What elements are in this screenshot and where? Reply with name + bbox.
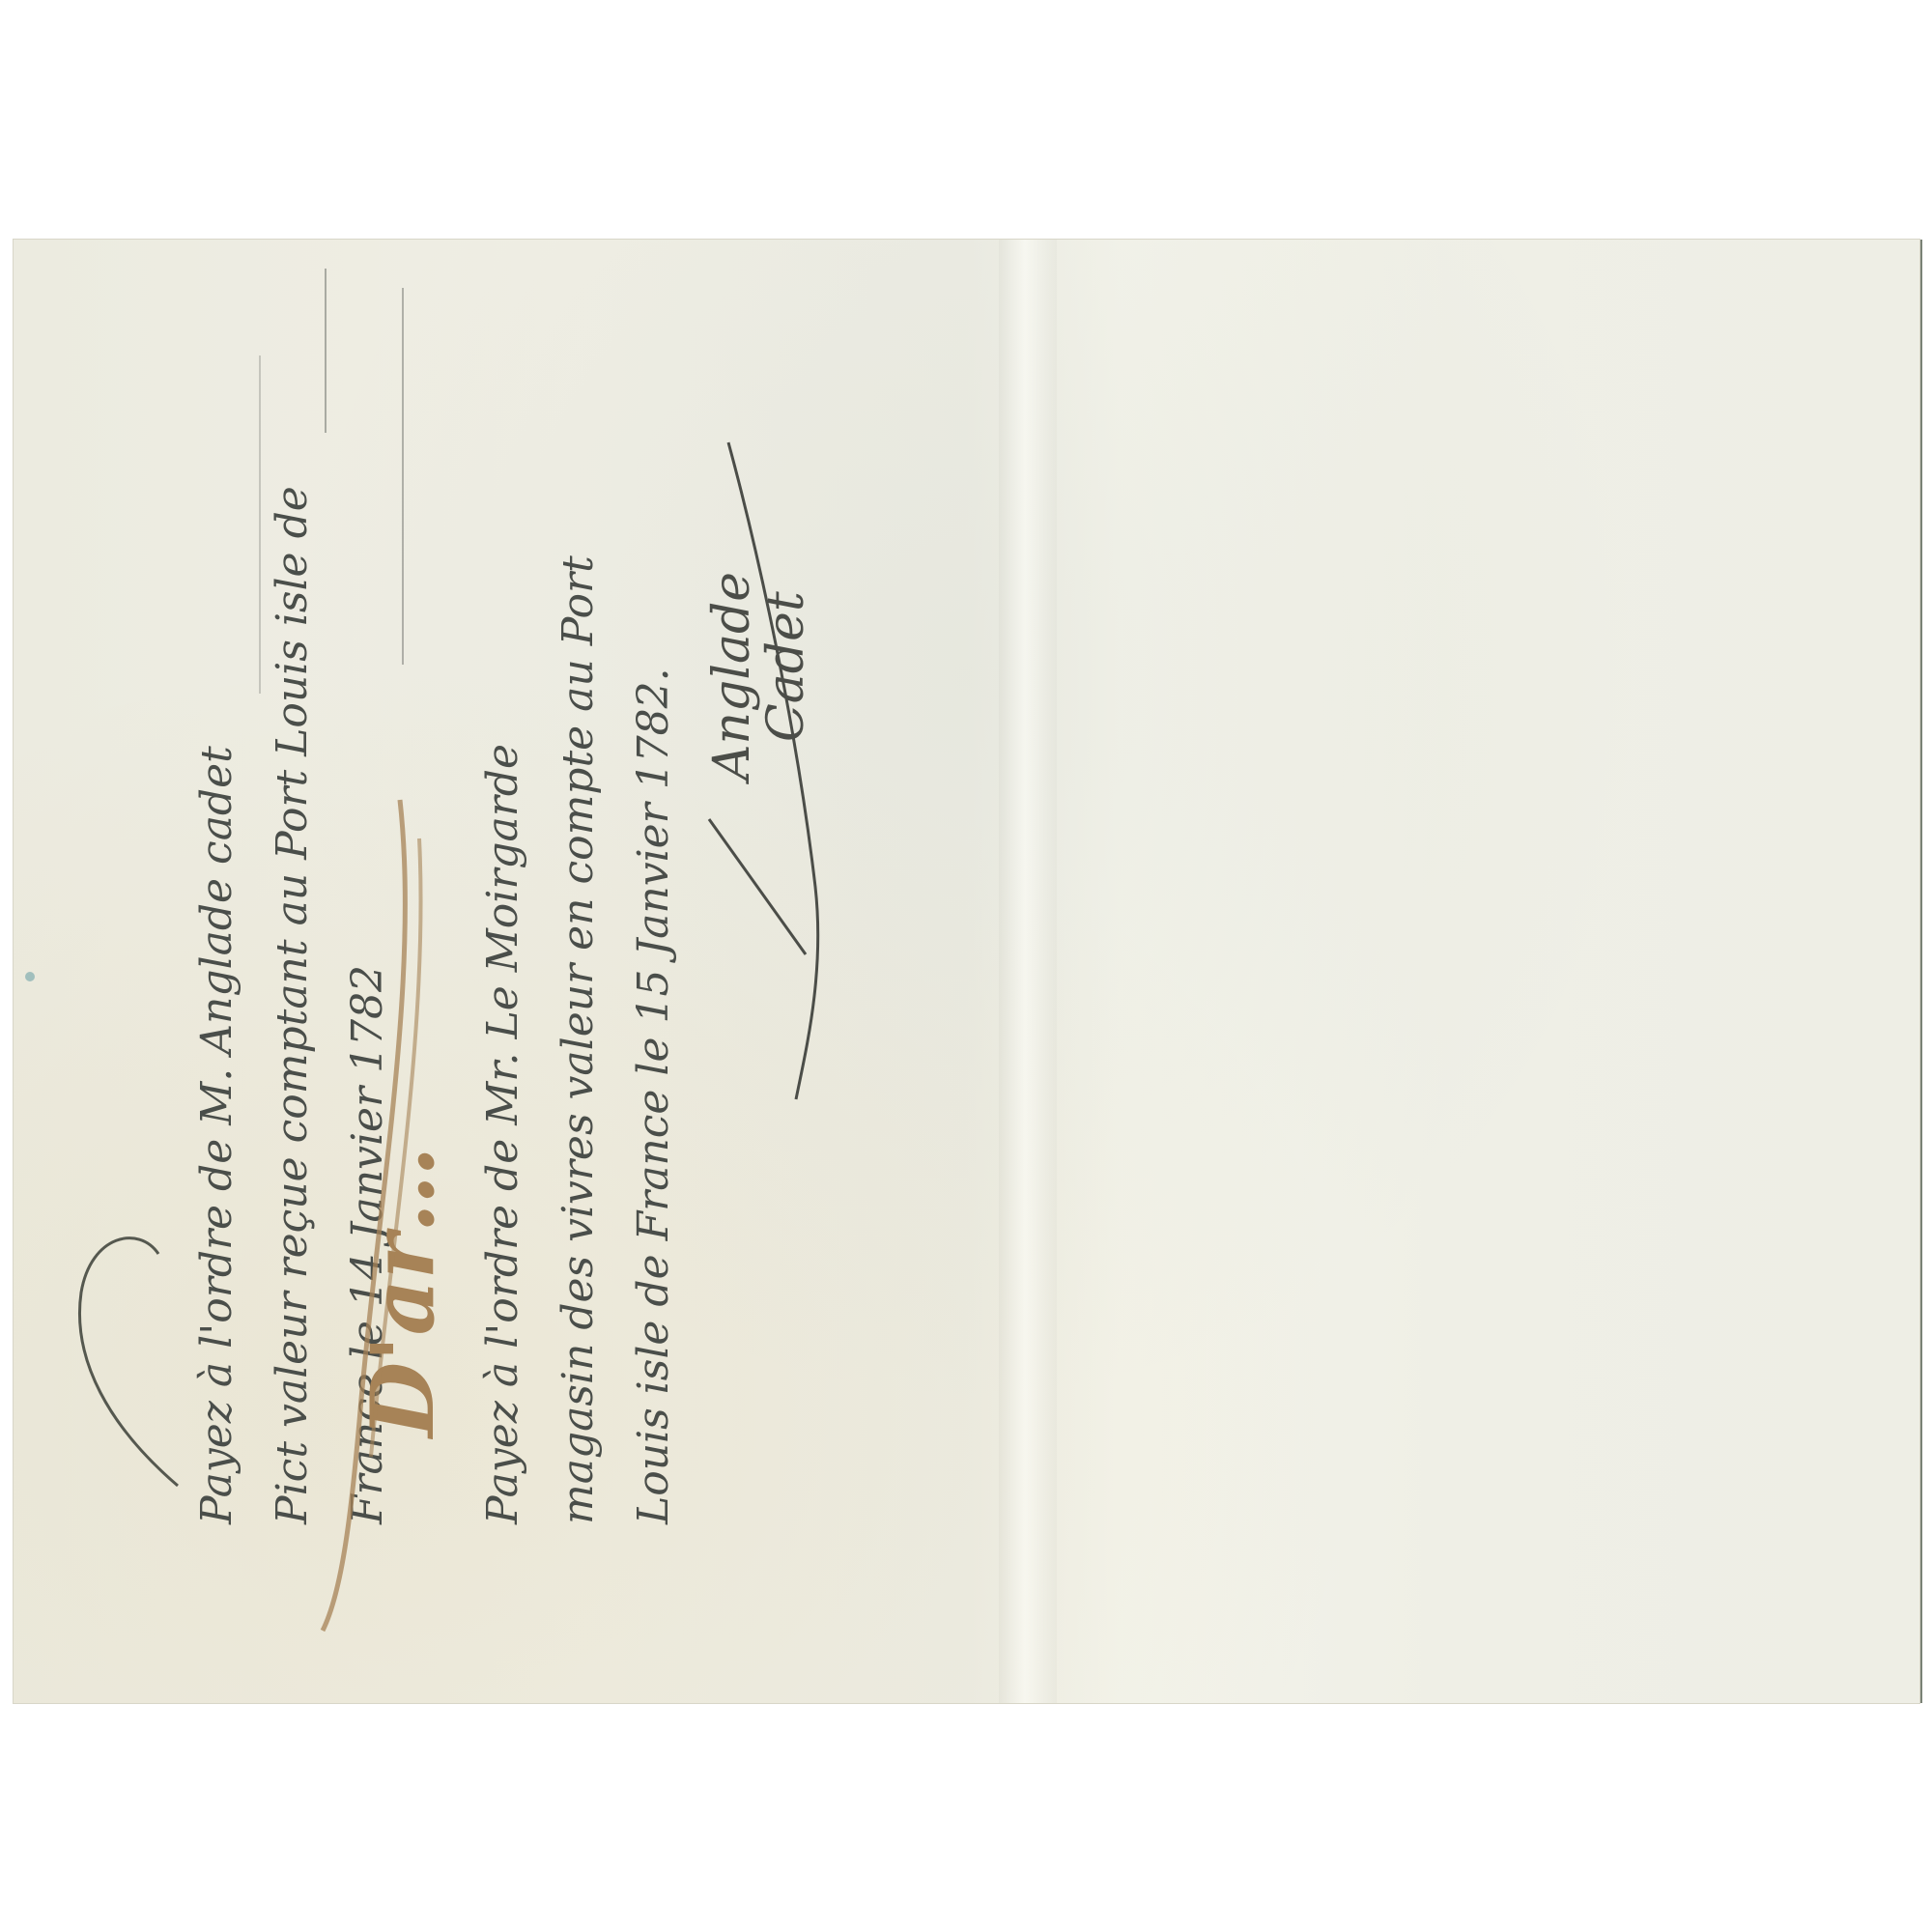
initial-flourish [52,1206,187,1515]
paper-fold [999,240,1057,1703]
endorsement-2-line-1: Payez à l'ordre de Mr. Le Moirgarde [466,555,541,1524]
endorsement-2-line-3: Louis isle de France le 15 Janvier 1782. [616,555,692,1524]
signature-flourish-grey [690,433,825,1109]
ink-stain [25,972,35,981]
ruled-line [325,269,327,433]
document-sheet: Payez à l'ordre de M. Anglade cadet Pict… [14,240,1919,1703]
embossed-print [1306,355,1385,383]
endorsement-2-line-2: magasin des vivres valeur en compte au P… [541,555,616,1524]
endorsement-2: Payez à l'ordre de Mr. Le Moirgarde maga… [466,555,692,1524]
endorsement-1-line-1: Payez à l'ordre de M. Anglade cadet [180,486,255,1524]
signature-flourish-brown [303,781,458,1650]
